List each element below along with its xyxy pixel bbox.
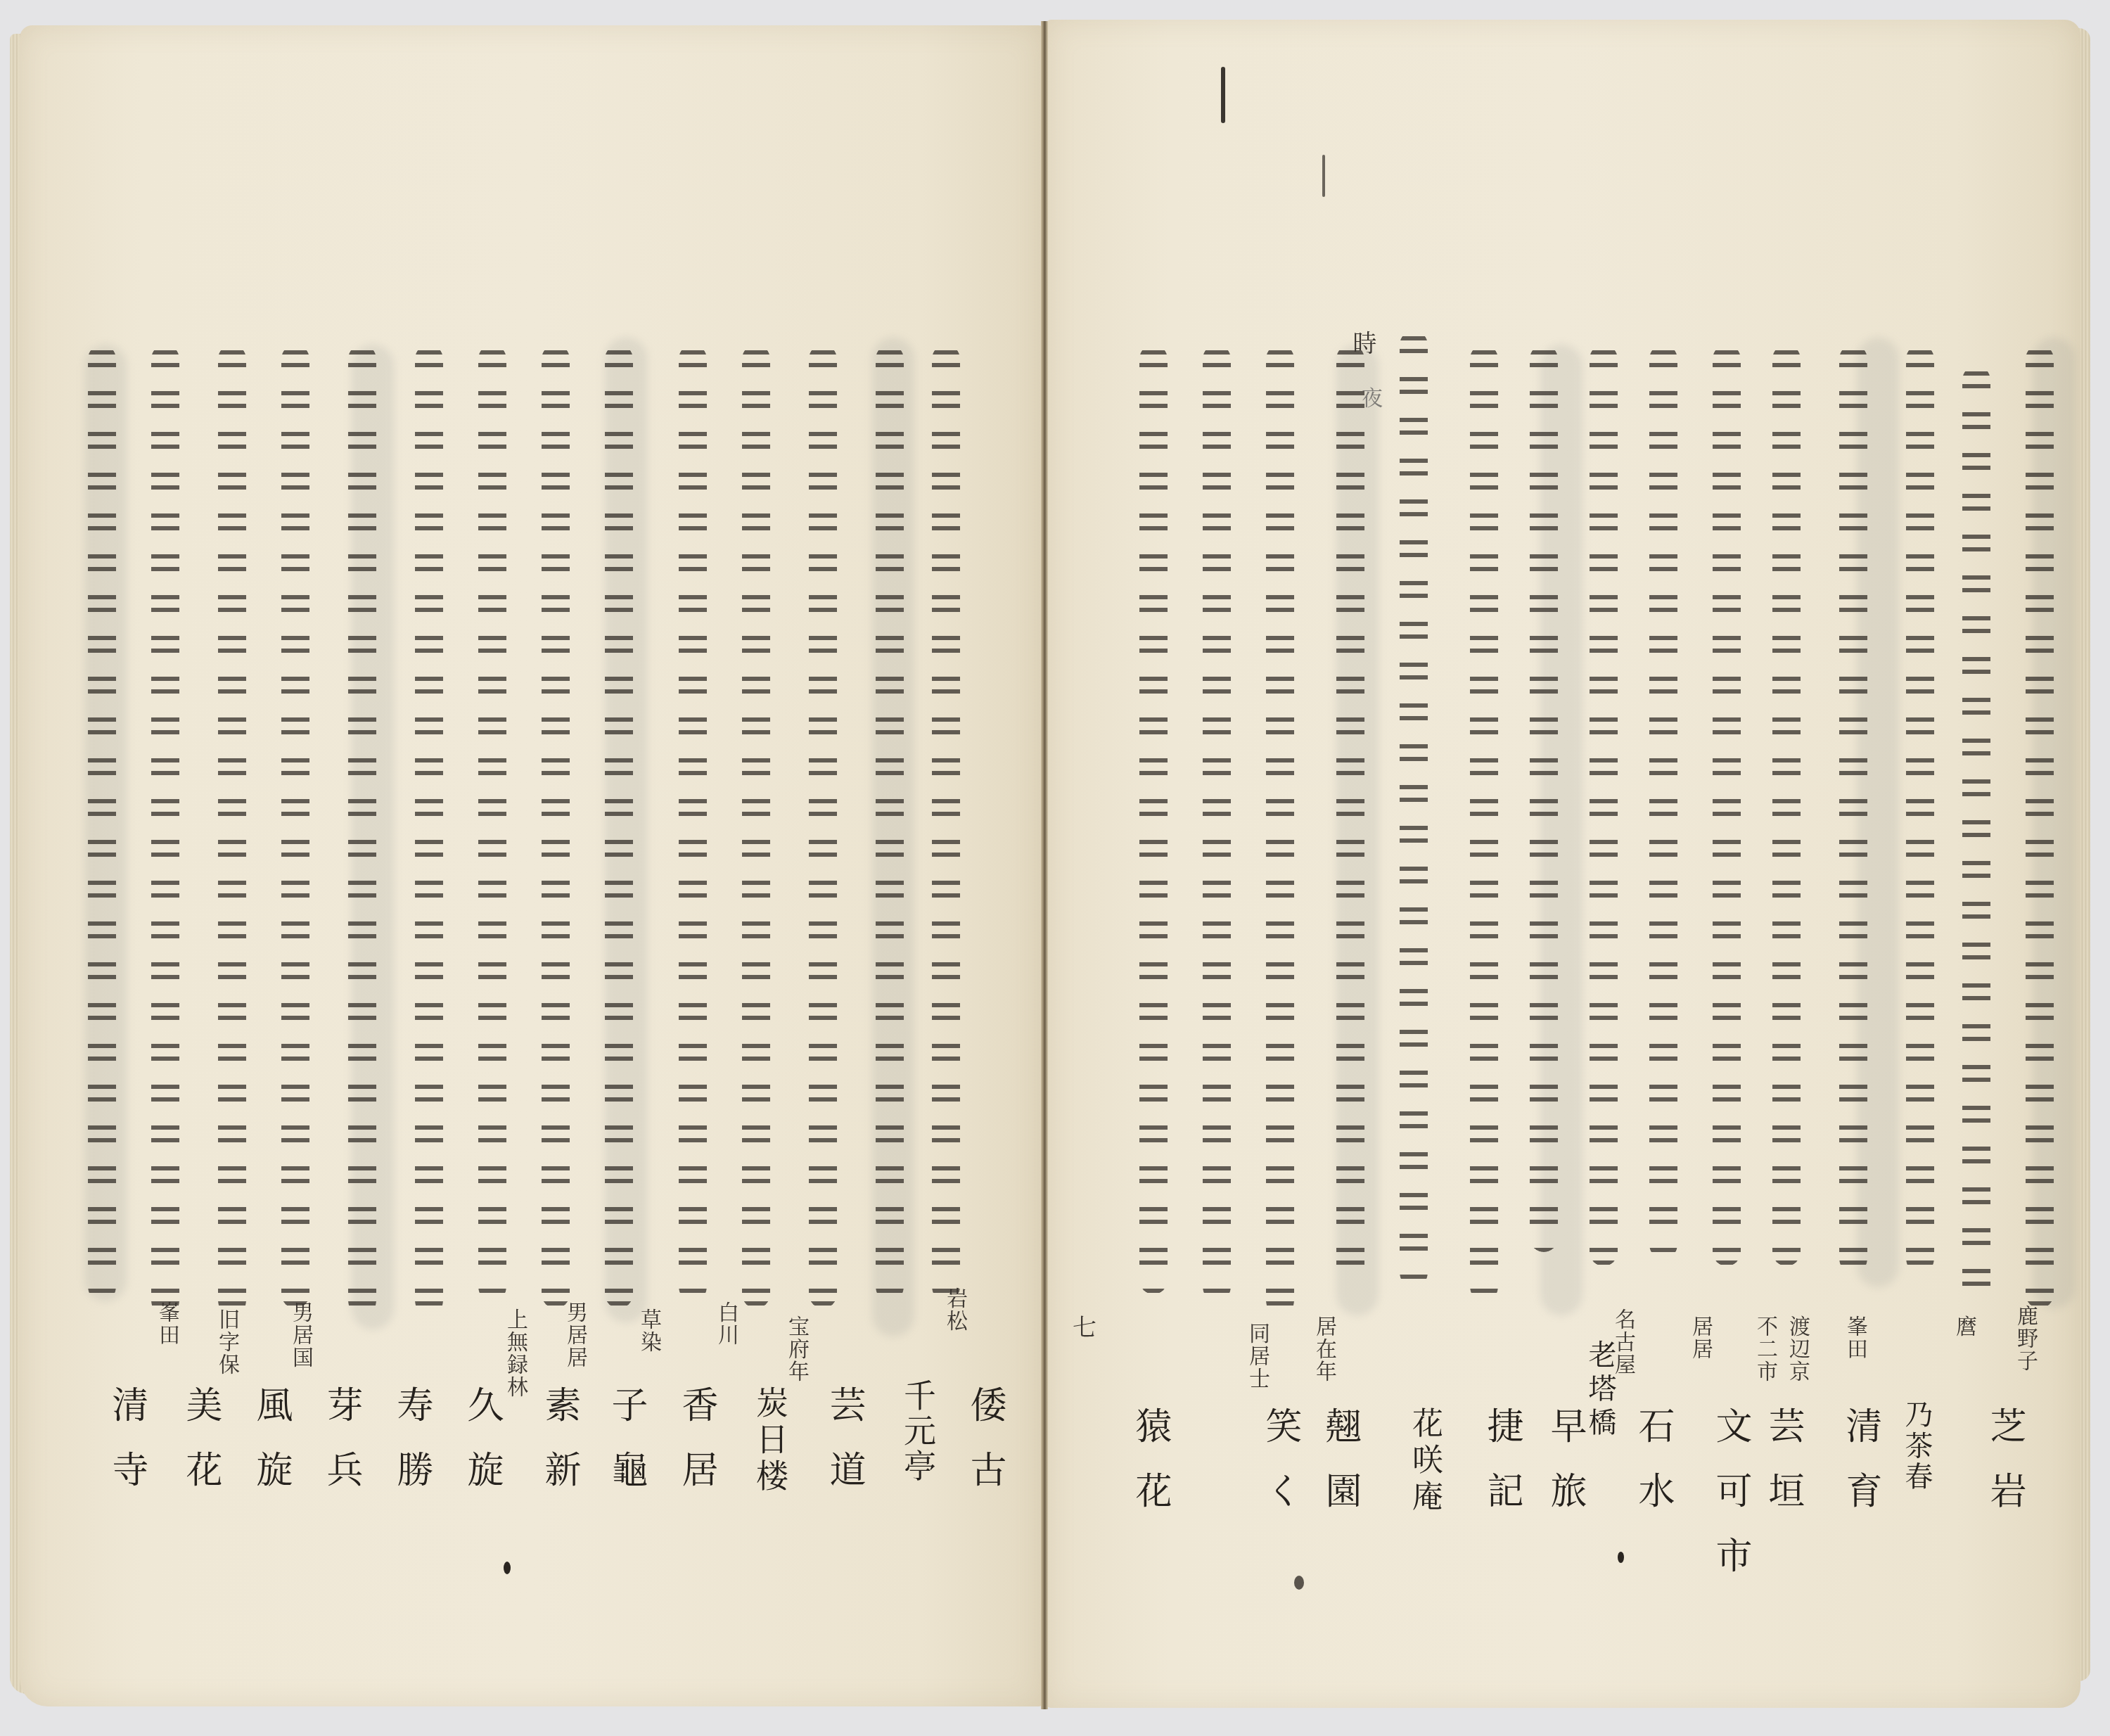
text-column — [1590, 345, 1618, 1266]
author-name: 素新 — [538, 1386, 580, 1515]
book-gutter — [1041, 21, 1048, 1709]
author-name: 清寺 — [105, 1386, 148, 1515]
text-column — [742, 345, 770, 1308]
inline-mark: 時 — [1350, 331, 1374, 356]
text-column — [679, 345, 707, 1301]
author-note: 鹿野子 — [2013, 1305, 2037, 1372]
author-name: 捷記 — [1481, 1407, 1523, 1536]
text-column — [1530, 345, 1558, 1252]
author-note: 峯田 — [1843, 1315, 1867, 1360]
author-name: 子龜 — [605, 1386, 647, 1515]
page-number: 七 — [1073, 1308, 1096, 1343]
text-column — [1772, 345, 1801, 1266]
author-note: 男居居 — [563, 1301, 587, 1369]
author-note: 岩松 — [942, 1287, 966, 1332]
author-note: 渡辺京 — [1785, 1315, 1809, 1383]
text-column — [809, 345, 837, 1308]
author-note: 宝府年 — [784, 1315, 808, 1383]
author-note: 同居士 — [1245, 1322, 1269, 1390]
author-note: 旧字保 — [215, 1308, 238, 1376]
text-column — [605, 345, 633, 1308]
ink-mark — [1221, 67, 1225, 123]
book-spread: 時 夜 七 鹿野子 芝岩 麿 乃茶春 峯田 清育 渡辺京 芸垣 不二市 文可市 … — [0, 0, 2110, 1736]
text-column — [88, 345, 116, 1301]
author-name: 美花 — [179, 1386, 222, 1515]
author-name: 風旋 — [250, 1386, 292, 1515]
author-name: 千元亭 — [897, 1379, 939, 1484]
author-note: 麿 — [1952, 1315, 1976, 1338]
author-note: 草染 — [637, 1308, 660, 1353]
author-name: 寿勝 — [390, 1386, 433, 1515]
text-column — [1962, 366, 1990, 1301]
author-name: 芝岩 — [1983, 1407, 2026, 1536]
author-name: 清育 — [1839, 1407, 1881, 1536]
author-note: 男居国 — [288, 1301, 312, 1369]
author-name: 芽兵 — [320, 1386, 362, 1515]
inline-note: 夜 — [1357, 387, 1381, 409]
author-name: 老塔橋 — [1579, 1340, 1621, 1441]
text-column — [1139, 345, 1168, 1294]
text-column — [151, 345, 179, 1315]
author-note: 居居 — [1688, 1315, 1712, 1360]
text-column — [932, 345, 960, 1301]
text-column — [542, 345, 570, 1308]
author-name: 文可市 — [1709, 1407, 1751, 1601]
ink-mark — [1322, 155, 1325, 197]
author-note: 居在年 — [1312, 1315, 1336, 1383]
text-column — [1400, 331, 1428, 1287]
ink-spot — [504, 1562, 511, 1574]
author-name: 石水 — [1632, 1407, 1674, 1536]
text-column — [1906, 345, 1934, 1273]
text-column — [1713, 345, 1741, 1266]
author-name: 久旋 — [461, 1386, 503, 1515]
author-name: 炭日楼 — [749, 1386, 791, 1495]
ink-spot — [1294, 1576, 1304, 1590]
author-name: 笑く — [1259, 1407, 1301, 1536]
author-name: 芸道 — [823, 1386, 865, 1515]
author-note: 峯田 — [155, 1301, 179, 1346]
text-column — [218, 345, 246, 1315]
text-column — [876, 345, 904, 1301]
text-column — [478, 345, 506, 1301]
text-column — [1649, 345, 1677, 1259]
text-column — [1336, 345, 1364, 1287]
author-name: 翹園 — [1319, 1407, 1361, 1536]
author-name: 花咲庵 — [1403, 1407, 1445, 1517]
text-column — [1839, 345, 1867, 1273]
text-column — [1470, 345, 1498, 1301]
author-name: 芸垣 — [1762, 1407, 1804, 1536]
author-note: 不二市 — [1753, 1315, 1777, 1383]
author-note: 白川 — [714, 1301, 738, 1346]
text-column — [281, 345, 309, 1308]
text-column — [2026, 345, 2054, 1308]
author-name: 猿花 — [1129, 1407, 1171, 1536]
ink-spot — [1618, 1552, 1624, 1563]
text-column — [1266, 345, 1294, 1315]
author-note: 上無録林 — [503, 1308, 527, 1398]
text-column — [348, 345, 376, 1315]
author-name: 倭古 — [964, 1386, 1006, 1515]
text-column — [415, 345, 443, 1315]
text-column — [1203, 345, 1231, 1301]
author-name: 香居 — [675, 1386, 717, 1515]
author-name: 乃茶春 — [1895, 1400, 1938, 1493]
